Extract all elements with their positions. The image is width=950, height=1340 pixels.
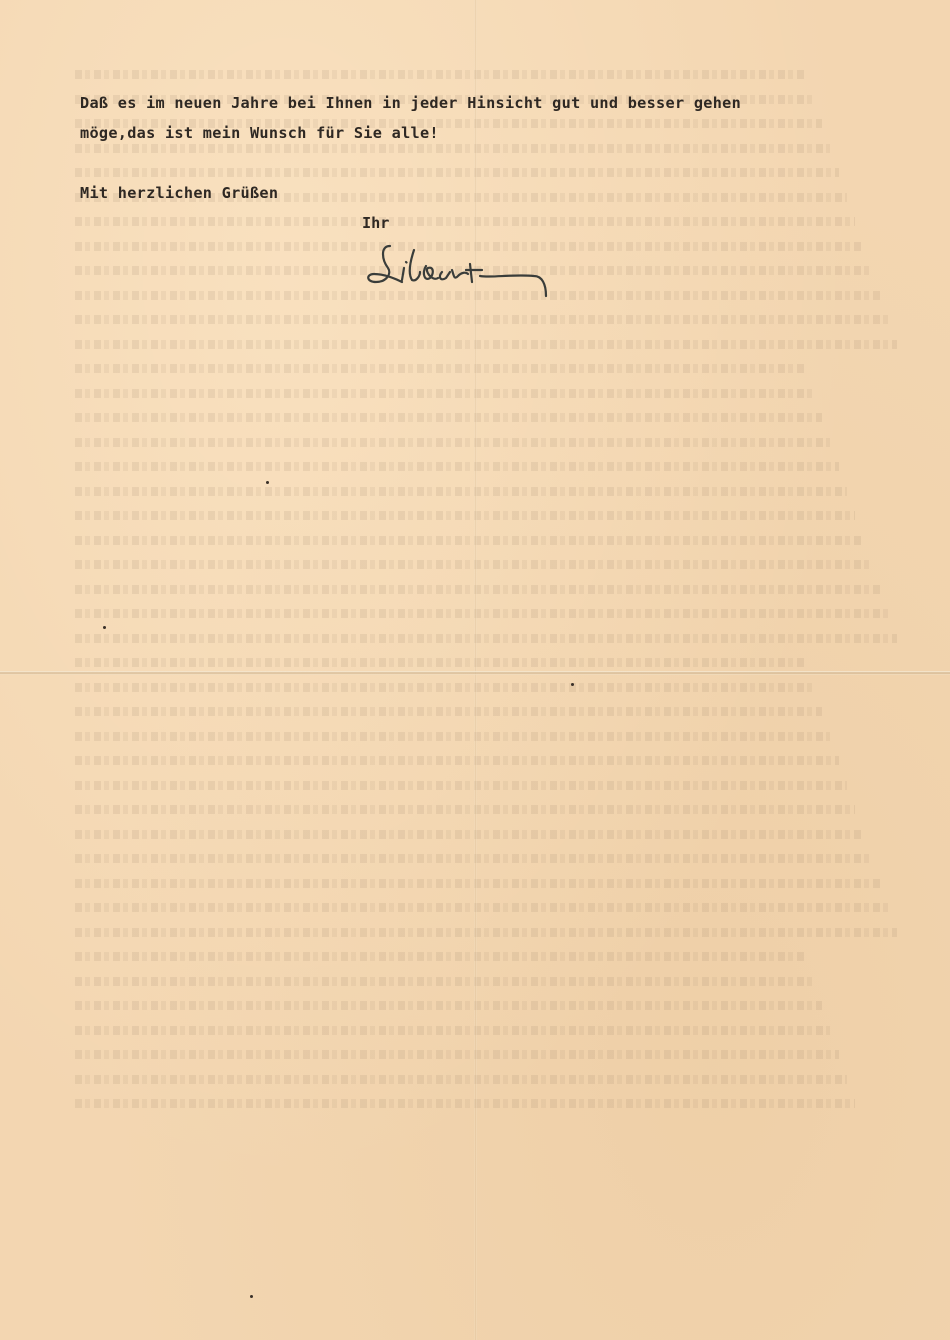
bleed-line bbox=[75, 585, 880, 594]
bleed-line bbox=[75, 756, 839, 765]
bleed-line bbox=[75, 340, 897, 349]
letter-line-1: Daß es im neuen Jahre bei Ihnen in jeder… bbox=[80, 94, 741, 112]
bleed-line bbox=[75, 683, 814, 692]
bleed-line bbox=[75, 70, 805, 79]
bleed-line bbox=[75, 1050, 839, 1059]
ink-speck bbox=[250, 1295, 253, 1298]
bleed-line bbox=[75, 487, 847, 496]
signature: Lilbert bbox=[362, 238, 552, 303]
bleed-line bbox=[75, 1099, 855, 1108]
bleed-line bbox=[75, 438, 830, 447]
bleed-line bbox=[75, 658, 805, 667]
bleed-line bbox=[75, 315, 888, 324]
bleed-line bbox=[75, 952, 805, 961]
bleed-line bbox=[75, 732, 830, 741]
bleed-line bbox=[75, 928, 897, 937]
ink-speck bbox=[571, 683, 574, 686]
bleed-line bbox=[75, 1001, 822, 1010]
bleed-line bbox=[75, 879, 880, 888]
closing-line: Mit herzlichen Grüßen bbox=[80, 184, 278, 202]
vertical-fold bbox=[474, 0, 477, 1340]
bleed-line bbox=[75, 1026, 830, 1035]
bleed-line bbox=[75, 389, 814, 398]
ink-speck bbox=[266, 481, 269, 484]
salutation: Ihr bbox=[362, 214, 389, 232]
bleed-line bbox=[75, 707, 822, 716]
bleed-through-text bbox=[75, 70, 905, 1124]
bleed-line bbox=[75, 144, 830, 153]
bleed-line bbox=[75, 805, 855, 814]
ink-speck bbox=[103, 626, 106, 629]
bleed-line bbox=[75, 830, 864, 839]
bleed-line bbox=[75, 413, 822, 422]
bleed-line bbox=[75, 781, 847, 790]
bleed-line bbox=[75, 364, 805, 373]
bleed-line bbox=[75, 609, 888, 618]
horizontal-fold bbox=[0, 671, 950, 675]
bleed-line bbox=[75, 511, 855, 520]
bleed-line bbox=[75, 903, 888, 912]
letter-line-2: möge,das ist mein Wunsch für Sie alle! bbox=[80, 124, 439, 142]
bleed-line bbox=[75, 462, 839, 471]
bleed-line bbox=[75, 1075, 847, 1084]
bleed-line bbox=[75, 977, 814, 986]
bleed-line bbox=[75, 634, 897, 643]
bleed-line bbox=[75, 168, 839, 177]
letter-page: Daß es im neuen Jahre bei Ihnen in jeder… bbox=[0, 0, 950, 1340]
bleed-line bbox=[75, 217, 855, 226]
bleed-line bbox=[75, 536, 864, 545]
